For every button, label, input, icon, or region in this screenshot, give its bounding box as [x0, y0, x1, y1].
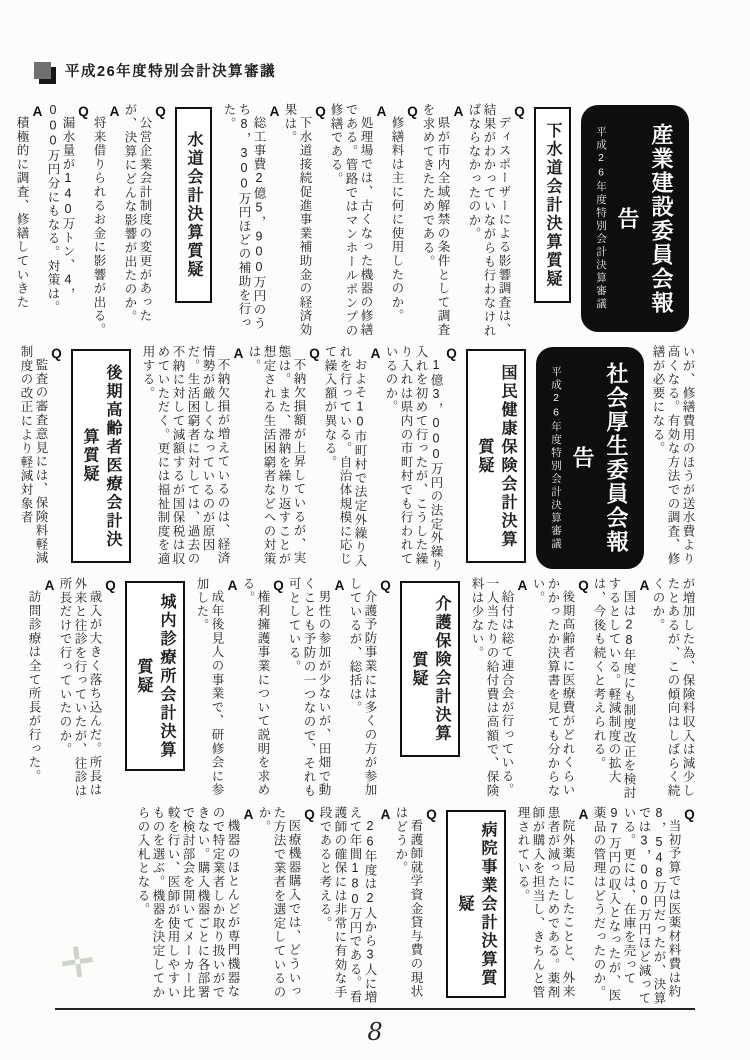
qa-item: A 不納欠損が増えているのは、経済情勢が厳しくなっているのが原因だ。生活困窮者に…	[140, 345, 244, 577]
qa-item: Q 歳入が大きく落ち込んだ。所長は外来と往診を行っていたが、往診は所長だけで行っ…	[57, 577, 116, 805]
qa-item: Q 1億3，000万円の法定外繰り入れを初めて行ったが、こうした繰り入れは県内の…	[383, 345, 457, 577]
qa-item: Q 介護予防事業には多くの方が参加しているが、総括は。	[347, 577, 391, 805]
answer-text: 処理場では、古くなった機器の修繕である。管路ではマンホールポンプの修繕である。	[328, 103, 373, 340]
answer-marker: A	[375, 103, 387, 340]
answer-text: 県が市内全域解禁の条件として調査を求めてきたためである。	[420, 103, 450, 340]
question-text: 医療機器購入では、どういった方法で業者を選定しているのか。	[256, 806, 301, 1006]
question-text: 介護予防事業には多くの方が参加しているが、総括は。	[347, 577, 377, 805]
section-header-jonai-clinic: 城内診療所会計決算質疑	[125, 581, 185, 771]
answer-marker: A	[108, 103, 120, 340]
answer-marker: A	[577, 806, 589, 1006]
qa-item: A 給付は総て連合会が行っている。一人当たりの給付費は高額で、保険料は少ない。	[469, 577, 528, 805]
qa-item: Q 看護師就学資金貸与費の現状はどうか。	[393, 806, 437, 1006]
section-header-water: 水道会計決算質疑	[175, 107, 212, 303]
banner-subtitle: 平成26年度特別会計決算審議	[547, 359, 565, 557]
answer-text: 国は28年度にも制度改正を検討するとしている。軽減制度の拡大は、今後も続くと考え…	[591, 577, 636, 805]
question-marker: Q	[406, 103, 418, 340]
banner-subtitle: 平成26年度特別会計決算審議	[592, 117, 610, 320]
question-text: 修繕料は主に何に使用したのか。	[389, 103, 404, 340]
answer-marker: A	[226, 577, 238, 805]
banner-title: 社会厚生委員会報告	[565, 359, 633, 557]
qa-item: Q 修繕料は主に何に使用したのか。	[389, 103, 418, 340]
page-number: 8	[0, 1018, 750, 1046]
overlapping-squares-icon	[34, 62, 51, 79]
section-header-national-health: 国民健康保険会計決算質疑	[466, 349, 526, 563]
answer-marker: A	[31, 103, 43, 340]
answer-marker: A	[268, 103, 280, 340]
section-header-sewer: 下水道会計決算質疑	[534, 107, 571, 303]
stamp-icon: ✛	[57, 936, 99, 989]
question-marker: Q	[445, 345, 457, 577]
answer-text: 機器のほとんどが専門機器なので特定業者しか取り扱いができない。購入機器ごとに各部…	[135, 806, 240, 1006]
qa-item: A およそ10市町村で法定外繰り入れを行っている。自治体規模に応じて繰入額が異な…	[322, 345, 381, 577]
qa-item: A 将来借りられるお金に影響が出る。	[91, 103, 120, 340]
qa-item: A 県が市内全域解禁の条件として調査を求めてきたためである。	[420, 103, 464, 340]
answer-marker: A	[516, 577, 528, 805]
qa-item: A 総工事費2億5，900万円のうち8，300万円ほどの補助を行った。	[221, 103, 280, 340]
answer-text: 院外薬局にしたことと、外来患者が減ったためである。薬剤師が購入を担当し、きちんと…	[515, 806, 575, 1006]
qa-item: Q 漏水量が140万トン、4，000万円分にもなる。対策は。	[45, 103, 89, 340]
continuation-text: が増加した為、保険料収入は減少したとあるが、この傾向はしばらく続くのか。	[650, 577, 695, 805]
qa-item: A 機器のほとんどが専門機器なので特定業者しか取り扱いができない。購入機器ごとに…	[135, 806, 254, 1006]
question-marker: Q	[513, 103, 525, 340]
qa-item: A 男性の参加が少ないが、田畑で動くことも予防の一つなので、それも可としている。	[286, 577, 345, 805]
answer-text: およそ10市町村で法定外繰り入れを行っている。自治体規模に応じて繰入額が異なる。	[322, 345, 367, 577]
section-header-nursing-care: 介護保険会計決算質疑	[400, 581, 460, 757]
answer-text: 積極的に調査、修繕していきた	[14, 103, 29, 340]
question-text: 不納欠損額が上昇しているが、実態は。また、滞納を繰り返すことが想定される生活困窮…	[246, 345, 306, 577]
question-text: ディスポーザーによる影響調査は、結果がわかっていながらも行わなければならなかった…	[466, 103, 511, 340]
qa-item: Q 当初予算では医薬材料費は約8，548万円だったが、決算では3，000万円ほど…	[591, 806, 695, 1006]
qa-item: A 院外薬局にしたことと、外来患者が減ったためである。薬剤師が購入を担当し、きち…	[515, 806, 589, 1006]
band-social-committee-continued: が増加した為、保険料収入は減少したとあるが、この傾向はしばらく続くのか。 A 国…	[55, 577, 695, 805]
qa-item: A 訪問診療は全て所長が行った。	[26, 577, 55, 805]
band-industrial-committee: 産業建設委員会報告 平成26年度特別会計決算審議 下水道会計決算質疑 Q ディス…	[55, 103, 695, 340]
answer-marker: A	[452, 103, 464, 340]
qa-item: Q 公営企業会計制度の変更があったが、決算にどんな影響が出たのか。	[122, 103, 166, 340]
answer-marker: A	[369, 345, 381, 577]
answer-text: 不納欠損が増えているのは、経済情勢が厳しくなっているのが原因だ。生活困窮者に対し…	[140, 345, 230, 577]
qa-item: A 積極的に調査、修繕していきた	[14, 103, 43, 340]
qa-item: A 処理場では、古くなった機器の修繕である。管路ではマンホールポンプの修繕である…	[328, 103, 387, 340]
band-hospital-business: Q 当初予算では医薬材料費は約8，548万円だったが、決算では3，000万円ほど…	[55, 806, 695, 1006]
continuation-text: いが、修繕費用のほうが送水費より高くなる。有効な方法での調査、修繕が必要になる。	[650, 345, 695, 577]
question-marker: Q	[77, 103, 89, 340]
question-marker: Q	[272, 577, 284, 805]
answer-marker: A	[43, 577, 55, 805]
answer-marker: A	[232, 345, 244, 577]
qa-item: A 成年後見人の事業で、研修会に参加した。	[194, 577, 238, 805]
qa-item: Q ディスポーザーによる影響調査は、結果がわかっていながらも行わなければならなか…	[466, 103, 525, 340]
question-text: 歳入が大きく落ち込んだ。所長は外来と往診を行っていたが、往診は所長だけで行ってい…	[57, 577, 102, 805]
question-text: 漏水量が140万トン、4，000万円分にもなる。対策は。	[45, 103, 75, 340]
question-text: 監査の審査意見には、保険料軽減制度の改正により軽減対象者	[18, 345, 48, 577]
qa-item: Q 権利擁護事業について説明を求める。	[240, 577, 284, 805]
question-marker: Q	[379, 577, 391, 805]
answer-marker: A	[333, 577, 345, 805]
question-marker: Q	[303, 806, 315, 1006]
answer-marker: A	[638, 577, 650, 805]
qa-item: Q 不納欠損額が上昇しているが、実態は。また、滞納を繰り返すことが想定される生活…	[246, 345, 320, 577]
question-text: 後期高齢者に医療費がどれくらいかかったか決算書を見ても分からない。	[530, 577, 575, 805]
question-text: 公営企業会計制度の変更があったが、決算にどんな影響が出たのか。	[122, 103, 152, 340]
qa-item: Q 下水道接続促進事業補助金の経済効果は。	[282, 103, 326, 340]
answer-marker: A	[379, 806, 391, 1006]
committee-banner-industrial: 産業建設委員会報告 平成26年度特別会計決算審議	[581, 105, 689, 332]
qa-item: A 国は28年度にも制度改正を検討するとしている。軽減制度の拡大は、今後も続くと…	[591, 577, 650, 805]
answer-marker: A	[242, 806, 254, 1006]
answer-text: 給付は総て連合会が行っている。一人当たりの給付費は高額で、保険料は少ない。	[469, 577, 514, 805]
question-text: 看護師就学資金貸与費の現状はどうか。	[393, 806, 423, 1006]
qa-item: A 26年度は2人から3人に増えて年間180万円である。看護師の確保には非常に有…	[317, 806, 391, 1006]
question-text: 下水道接続促進事業補助金の経済効果は。	[282, 103, 312, 340]
question-marker: Q	[104, 577, 116, 805]
section-header-late-elderly-medical: 後期高齢者医療会計決算質疑	[71, 349, 131, 563]
answer-text: 訪問診療は全て所長が行った。	[26, 577, 41, 805]
band-social-committee: いが、修繕費用のほうが送水費より高くなる。有効な方法での調査、修繕が必要になる。…	[55, 345, 695, 577]
question-marker: Q	[314, 103, 326, 340]
qa-item: Q 医療機器購入では、どういった方法で業者を選定しているのか。	[256, 806, 315, 1006]
question-marker: Q	[50, 345, 62, 577]
question-marker: Q	[577, 577, 589, 805]
committee-banner-social: 社会厚生委員会報告 平成26年度特別会計決算審議	[536, 347, 644, 569]
question-text: 当初予算では医薬材料費は約8，548万円だったが、決算では3，000万円ほど減っ…	[591, 806, 681, 1006]
answer-text: 成年後見人の事業で、研修会に参加した。	[194, 577, 224, 805]
question-marker: Q	[683, 806, 695, 1006]
answer-text: 総工事費2億5，900万円のうち8，300万円ほどの補助を行った。	[221, 103, 266, 340]
page-header: 平成26年度特別会計決算審議	[34, 60, 276, 81]
page-header-title: 平成26年度特別会計決算審議	[65, 60, 276, 81]
question-marker: Q	[425, 806, 437, 1006]
question-text: 1億3，000万円の法定外繰り入れを初めて行ったが、こうした繰り入れは県内の市町…	[383, 345, 443, 577]
footer-rule	[55, 1008, 695, 1010]
section-header-hospital: 病院事業会計決算質疑	[446, 810, 506, 998]
qa-item: Q 監査の審査意見には、保険料軽減制度の改正により軽減対象者	[18, 345, 62, 577]
qa-item: Q 後期高齢者に医療費がどれくらいかかったか決算書を見ても分からない。	[530, 577, 589, 805]
answer-text: 26年度は2人から3人に増えて年間180万円である。看護師の確保には非常に有効な…	[317, 806, 377, 1006]
document-page: 平成26年度特別会計決算審議 産業建設委員会報告 平成26年度特別会計決算審議 …	[0, 0, 750, 1060]
question-marker: Q	[154, 103, 166, 340]
question-text: 権利擁護事業について説明を求める。	[240, 577, 270, 805]
answer-text: 男性の参加が少ないが、田畑で動くことも予防の一つなので、それも可としている。	[286, 577, 331, 805]
answer-text: 将来借りられるお金に影響が出る。	[91, 103, 106, 340]
banner-title: 産業建設委員会報告	[610, 117, 678, 320]
question-marker: Q	[308, 345, 320, 577]
